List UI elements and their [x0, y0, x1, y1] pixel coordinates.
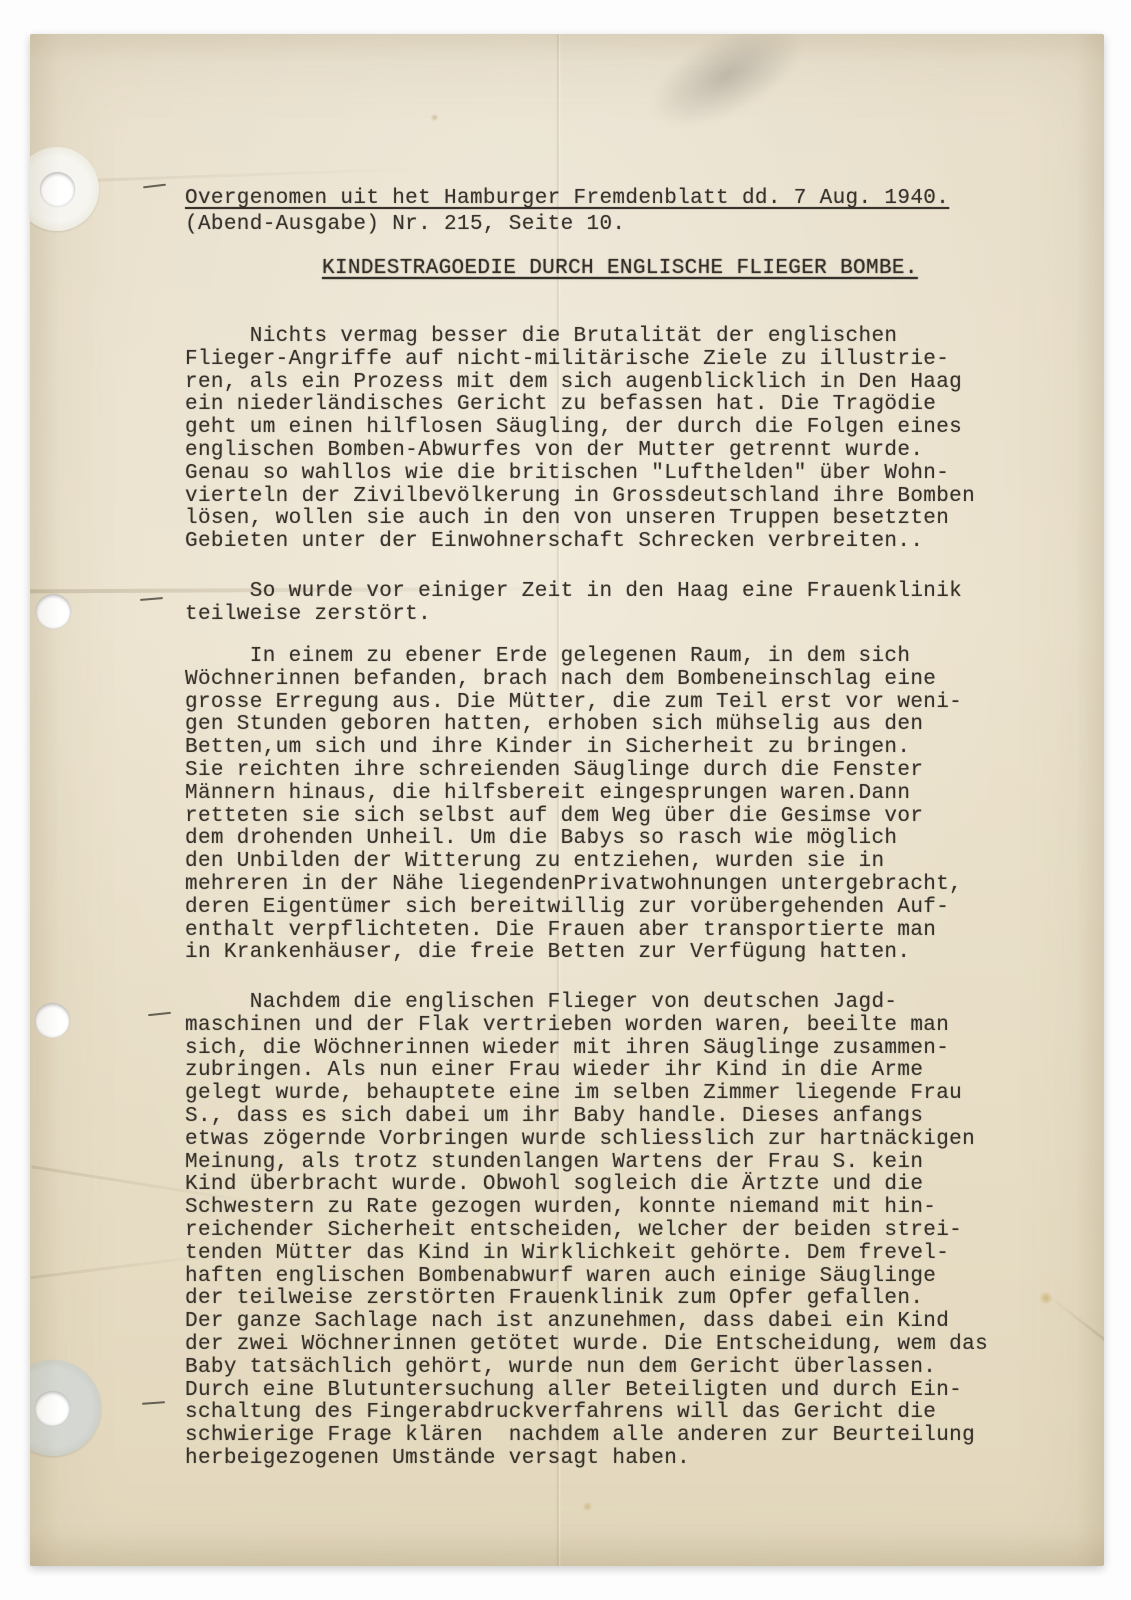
pencil-margin-mark-2	[140, 597, 163, 601]
scanned-document-background: Overgenomen uit het Hamburger Fremdenbla…	[0, 0, 1131, 1600]
source-line-1: Overgenomen uit het Hamburger Fremdenbla…	[185, 188, 949, 211]
gray-smudge-stain	[634, 34, 821, 149]
paragraph-4: Nachdem die englischen Flieger von deuts…	[185, 992, 988, 1471]
corner-crease-bottom-right	[1048, 1295, 1104, 1347]
pencil-margin-mark-3	[148, 1012, 171, 1016]
yellow-stain-small	[582, 1502, 593, 1511]
punch-hole-1	[40, 172, 75, 207]
document-title: KINDESTRAGOEDIE DURCH ENGLISCHE FLIEGER …	[322, 258, 918, 281]
brown-speck	[430, 114, 439, 121]
paragraph-3: In einem zu ebener Erde gelegenen Raum, …	[185, 646, 962, 965]
pencil-margin-mark-1	[143, 184, 166, 189]
punch-hole-4	[35, 1391, 70, 1426]
paragraph-2: So wurde vor einiger Zeit in den Haag ei…	[185, 581, 962, 627]
yellow-stain	[1038, 1292, 1054, 1304]
paragraph-1: Nichts vermag besser die Brutalität der …	[185, 326, 975, 554]
punch-hole-3	[35, 1003, 70, 1038]
punch-hole-2	[36, 594, 71, 629]
source-line-2: (Abend-Ausgabe) Nr. 215, Seite 10.	[185, 214, 625, 237]
pencil-margin-mark-4	[142, 1401, 165, 1405]
document-page: Overgenomen uit het Hamburger Fremdenbla…	[30, 34, 1104, 1566]
